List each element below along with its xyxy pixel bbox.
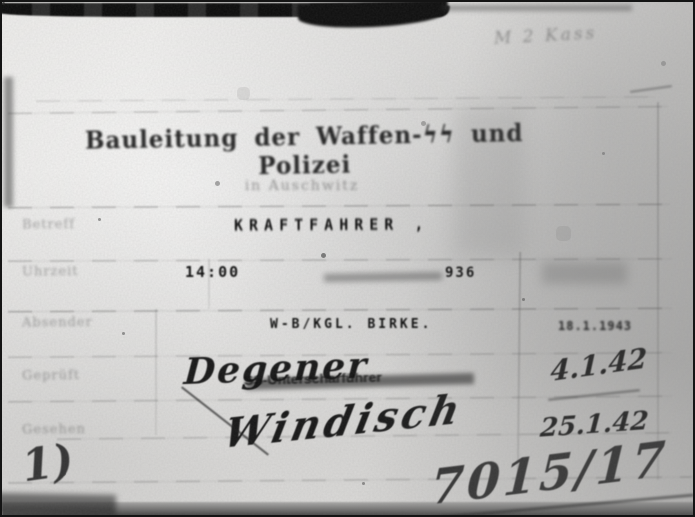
scanned-document-page: Bauleitung der Waffen-ϟϟ und Polizei in … [0,0,695,517]
scan-shading [2,2,693,515]
